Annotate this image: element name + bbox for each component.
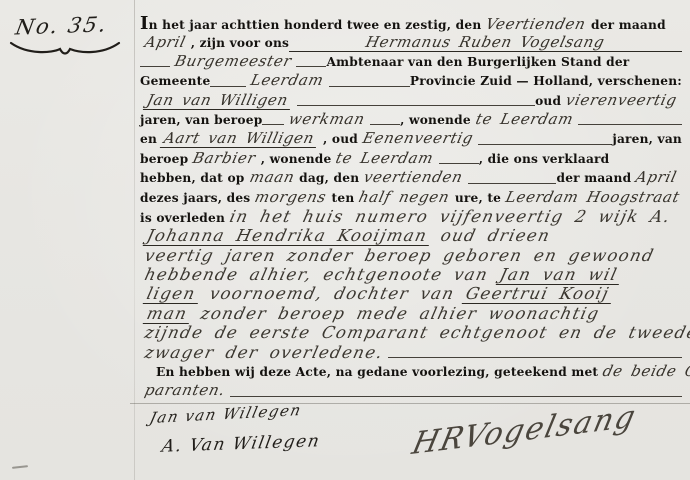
printed-text: hebben, dat op	[140, 171, 245, 185]
handwritten-residence: te Leerdam	[334, 149, 435, 167]
handwritten-spouse-name: Jan van wil	[496, 265, 624, 285]
printed-text: ten	[332, 191, 355, 205]
blank-rule	[388, 351, 682, 358]
printed-text: is overleden	[140, 211, 225, 225]
signature-comparant1: Jan van Willegen	[148, 401, 304, 427]
blank-rule	[329, 80, 410, 87]
printed-text: Gemeente	[140, 74, 210, 88]
handwritten-hour: half negen	[357, 188, 452, 206]
blank-rule	[297, 99, 535, 106]
printed-text: oud	[535, 94, 561, 108]
handwritten-text: paranten.	[143, 381, 227, 399]
handwritten-text: voornoemd, dochter van	[207, 284, 456, 303]
handwritten-age: vierenveertig	[564, 91, 679, 109]
printed-text: , oud	[323, 132, 358, 146]
margin-act-number-block: No. 35.	[8, 14, 130, 58]
handwritten-place-of-death: Leerdam Hoogstraat	[504, 188, 682, 206]
form-line-02: April , zijn voor ons Hermanus Ruben Vog…	[140, 32, 682, 51]
blank-rule	[439, 157, 479, 164]
form-line-20: paranten.	[140, 381, 682, 400]
handwritten-official-name: Hermanus Ruben Vogelsang	[364, 33, 607, 51]
handwritten-weekday: maan	[247, 168, 296, 186]
act-number: No. 35.	[6, 12, 110, 39]
form-line-17: zijnde de eerste Comparant echtgenoot en…	[140, 323, 682, 342]
form-line-06: jaren, van beroep werkman , wonende te L…	[140, 110, 682, 129]
printed-text: beroep	[140, 152, 188, 166]
printed-text: , wonende	[261, 152, 332, 166]
handwritten-spouse-name-cont: ligen	[143, 284, 202, 304]
form-line-09: hebben, dat op maan dag, den veertienden…	[140, 168, 682, 187]
form-line-18: zwager der overledene.	[140, 343, 682, 362]
printed-closing-text: En hebben wij deze Acte, na gedane voorl…	[156, 365, 598, 379]
blank-rule	[578, 118, 682, 125]
form-line-13: veertig jaren zonder beroep geboren en g…	[140, 246, 682, 265]
handwritten-month: April	[143, 33, 188, 51]
printed-text: , zijn voor ons	[191, 36, 289, 50]
blank-rule	[468, 177, 557, 184]
blank-rule	[230, 390, 682, 397]
printed-text: ure, te	[455, 191, 501, 205]
handwritten-mother-name: Geertrui Kooij	[462, 284, 616, 304]
handwritten-month: April	[634, 168, 679, 186]
handwritten-day-of-death: veertienden	[362, 168, 465, 186]
handwritten-age: Eenenveertig	[361, 129, 475, 147]
printed-text: der maand	[591, 18, 666, 32]
handwritten-text: zijnde de eerste Comparant echtgenoot en…	[143, 323, 690, 342]
blank-rule	[262, 118, 284, 125]
handwritten-text: veertig jaren zonder beroep geboren en g…	[143, 246, 657, 265]
form-line-07: en Aart van Willigen , oud Eenenveertig …	[140, 129, 682, 148]
printed-text: Provincie Zuid — Holland, verschenen:	[410, 74, 682, 88]
blank-rule	[296, 60, 326, 67]
form-line-03: Burgemeester Ambtenaar van den Burgerlij…	[140, 52, 682, 71]
certificate-body: In het jaar achttien honderd twee en zes…	[140, 13, 682, 401]
handwritten-daypart: morgens	[253, 188, 328, 206]
blank-rule	[370, 118, 400, 125]
handwritten-declarant1-name: Jan van Willigen	[143, 91, 294, 110]
form-line-15: ligen voornoemd, dochter van Geertrui Ko…	[140, 284, 682, 303]
form-line-05: Jan van Willigen oud vierenveertig	[140, 91, 682, 110]
blank-rule	[210, 80, 246, 87]
handwritten-title: Burgemeester	[173, 52, 294, 70]
handwritten-text: de beide Com	[601, 362, 690, 380]
fold-line	[134, 0, 135, 480]
printed-text: , die ons verklaard	[479, 152, 610, 166]
pencil-mark	[12, 465, 28, 469]
form-line-16: man zonder beroep mede alhier woonachtig	[140, 304, 682, 323]
printed-text: jaren, van	[612, 132, 682, 146]
form-line-10: dezes jaars, des morgens ten half negen …	[140, 188, 682, 207]
handwritten-municipality: Leerdam	[249, 71, 326, 89]
handwritten-residence: te Leerdam	[474, 110, 575, 128]
printed-text: dag, den	[299, 171, 359, 185]
form-line-12: Johanna Hendrika Kooijman oud drieen	[140, 226, 682, 245]
printed-text: en	[140, 132, 157, 146]
signature-comparant2: A. Van Willegen	[160, 431, 322, 457]
handwritten-mother-name-cont: man	[143, 304, 194, 324]
handwritten-deceased-name: Johanna Hendrika Kooijman	[143, 226, 434, 246]
form-line-08: beroep Barbier , wonende te Leerdam , di…	[140, 149, 682, 168]
handwritten-text: zonder beroep mede alhier woonachtig	[199, 304, 602, 323]
printed-text: der maand	[556, 171, 631, 185]
printed-text: Ambtenaar van den Burgerlijken Stand der	[326, 55, 629, 69]
printed-text: , wonende	[400, 113, 471, 127]
form-line-11: is overleden in het huis numero vijfenve…	[140, 207, 682, 226]
printed-text: jaren, van beroep	[140, 113, 262, 127]
form-line-01: In het jaar achttien honderd twee en zes…	[140, 13, 682, 32]
handwritten-text: zwager der overledene.	[143, 343, 386, 362]
printed-text: dezes jaars, des	[140, 191, 250, 205]
form-line-14: hebbende alhier, echtgenoote van Jan van…	[140, 265, 682, 284]
handwritten-declarant2-name: Aart van Willigen	[160, 129, 320, 148]
form-line-04: Gemeente Leerdam Provincie Zuid — Hollan…	[140, 71, 682, 90]
handwritten-text: hebbende alhier, echtgenoote van	[143, 265, 491, 284]
blank-rule: Hermanus Ruben Vogelsang	[289, 32, 682, 52]
handwritten-text: oud drieen	[439, 226, 553, 245]
underbrace-flourish-icon	[8, 40, 122, 58]
handwritten-day-name: Veertienden	[484, 15, 588, 33]
handwritten-occupation: werkman	[287, 110, 367, 128]
handwritten-house-address: in het huis numero vijfenveertig 2 wijk …	[228, 207, 673, 226]
death-certificate-document: No. 35. In het jaar achttien honderd twe…	[0, 0, 690, 480]
blank-rule	[140, 60, 170, 67]
form-line-19: En hebben wij deze Acte, na gedane voorl…	[140, 362, 682, 381]
printed-text: In het jaar achttien honderd twee en zes…	[140, 13, 481, 34]
signature-official: HRVogelsang	[409, 399, 641, 463]
blank-rule	[478, 138, 612, 145]
handwritten-occupation: Barbier	[191, 149, 258, 167]
